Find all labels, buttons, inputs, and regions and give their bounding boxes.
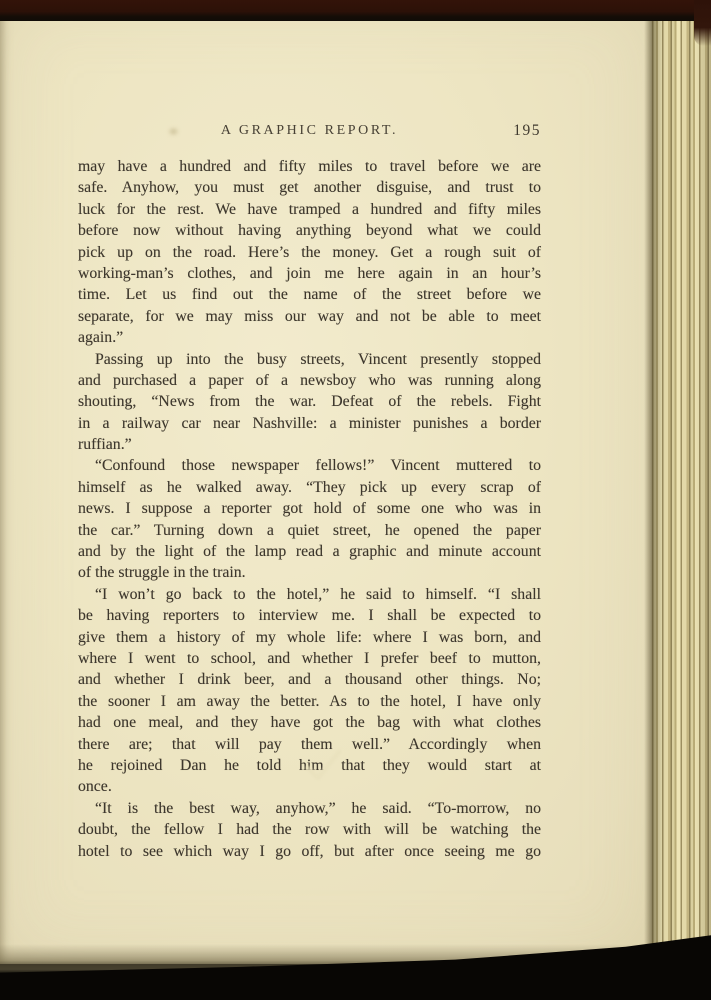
text-line: shouting, “News from the war. Defeat of … [78,391,541,412]
text-line: working-man’s clothes, and join me here … [78,263,541,284]
text-line: ruffian.” [78,434,541,455]
text-line: doubt, the fellow I had the row with wil… [78,819,541,840]
book-page: A GRAPHIC REPORT. 195 may have a hundred… [0,0,653,964]
text-line: separate, for we may miss our way and no… [78,306,541,327]
book-cover-top-edge [0,0,711,21]
book-cover-corner [694,0,711,46]
text-line: luck for the rest. We have tramped a hun… [78,199,541,220]
text-line: give them a history of my whole life: wh… [78,627,541,648]
text-line: news. I suppose a reporter got hold of s… [78,498,541,519]
running-title: A GRAPHIC REPORT. [78,121,541,141]
text-line: the sooner I am away the better. As to t… [78,691,541,712]
text-line: and by the light of the lamp read a grap… [78,541,541,562]
text-line: Passing up into the busy streets, Vincen… [78,349,541,370]
text-line: “It is the best way, anyhow,” he said. “… [78,798,541,819]
text-line: and purchased a paper of a newsboy who w… [78,370,541,391]
text-line: and whether I drink beer, and a thousand… [78,669,541,690]
text-line: in a railway car near Nashville: a minis… [78,413,541,434]
text-line: had one meal, and they have got the bag … [78,712,541,733]
text-line: “Confound those newspaper fellows!” Vinc… [78,455,541,476]
scanned-book-photo: A GRAPHIC REPORT. 195 may have a hundred… [0,0,711,1000]
text-line: “I won’t go back to the hotel,” he said … [78,584,541,605]
text-line: where I went to school, and whether I pr… [78,648,541,669]
fore-edge-page-stack [652,10,711,978]
text-line: again.” [78,327,541,348]
page-number: 195 [513,121,541,141]
pencil-checkmark-mark [303,746,345,788]
text-line: time. Let us find out the name of the st… [78,284,541,305]
text-line: safe. Anyhow, you must get another disgu… [78,177,541,198]
text-line: pick up on the road. Here’s the money. G… [78,242,541,263]
text-line: may have a hundred and fifty miles to tr… [78,156,541,177]
text-line: the car.” Turning down a quiet street, h… [78,520,541,541]
text-line: of the struggle in the train. [78,562,541,583]
text-line: hotel to see which way I go off, but aft… [78,841,541,862]
page-header: A GRAPHIC REPORT. 195 [78,121,541,141]
paper-smudge [168,127,179,136]
text-line: himself as he walked away. “They pick up… [78,477,541,498]
text-line: before now without having anything beyon… [78,220,541,241]
text-line: be having reporters to interview me. I s… [78,605,541,626]
